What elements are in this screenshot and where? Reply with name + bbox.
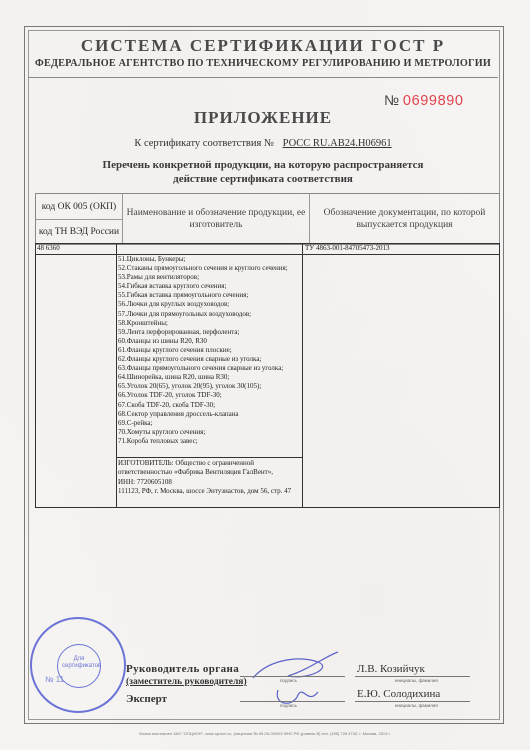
list-title: Перечень конкретной продукции, на котору…: [28, 158, 498, 186]
table-row-divider: [36, 244, 499, 255]
tu-document-cell: ТУ 4863-001-84705473-2013: [305, 244, 389, 252]
manufacturer-inn: ИНН: 7720605108: [118, 478, 300, 487]
head-name: Л.В. Козийчук: [357, 663, 425, 675]
header-okp-code: код ОК 005 (ОКП): [36, 194, 122, 220]
form-printer-footer: Бланк изготовлен ЗАО "ОПЦИОН", www.opcio…: [0, 731, 530, 736]
manufacturer-info: ИЗГОТОВИТЕЛЬ: Общество с ограниченной от…: [118, 459, 300, 496]
agency-subtitle: ФЕДЕРАЛЬНОЕ АГЕНТСТВО ПО ТЕХНИЧЕСКОМУ РЕ…: [28, 58, 498, 69]
column-divider: [302, 244, 303, 507]
product-item: 53.Рамы для вентиляторов;: [118, 273, 300, 282]
serial-number: № 0699890: [384, 92, 464, 109]
product-item: 55.Гибкая вставка прямоугольного сечения…: [118, 291, 300, 300]
expert-name: Е.Ю. Солодихина: [357, 688, 440, 700]
annex-title: ПРИЛОЖЕНИЕ: [28, 108, 498, 128]
stamp-number: № 11: [45, 675, 64, 684]
name-line-expert: [355, 701, 470, 702]
product-list: 51.Циклоны, Бункеры;52.Стаканы прямоугол…: [118, 255, 300, 446]
header-product-name: Наименование и обозначение продукции, ее…: [123, 194, 310, 244]
product-item: 64.Шинорейка, шина R20, шина R30;: [118, 373, 300, 382]
product-item: 57.Лючки для прямоугольных воздуховодов;: [118, 310, 300, 319]
product-table: 48 6360 ТУ 4863-001-84705473-2013 51.Цик…: [35, 243, 500, 508]
product-item: 51.Циклоны, Бункеры;: [118, 255, 300, 264]
signature-caption: подпись: [280, 678, 297, 683]
header-col-codes: код ОК 005 (ОКП) код ТН ВЭД России: [36, 194, 123, 244]
manufacturer-divider: [116, 457, 302, 458]
product-item: 52.Стаканы прямоугольного сечения и круг…: [118, 264, 300, 273]
product-item: 59.Лента перфорированная, перфолента;: [118, 328, 300, 337]
product-item: 68.Сектор управления дроссель-клапана: [118, 410, 300, 419]
name-line-head: [355, 676, 470, 677]
signature-caption: подпись: [280, 703, 297, 708]
serial-prefix: №: [384, 92, 399, 108]
deputy-label: (заместитель руководителя): [126, 677, 247, 687]
header-documentation: Обозначение документации, по которой вып…: [310, 194, 499, 244]
product-item: 63.Фланцы прямоугольного сечения сварные…: [118, 364, 300, 373]
name-caption: инициалы, фамилия: [395, 703, 438, 708]
product-item: 66.Уголок TDF-20, уголок TDF-30;: [118, 391, 300, 400]
table-header: код ОК 005 (ОКП) код ТН ВЭД России Наиме…: [35, 193, 500, 245]
stamp-center-text: Для сертификатов: [62, 656, 96, 670]
manufacturer-name: ИЗГОТОВИТЕЛЬ: Общество с ограниченной от…: [118, 459, 300, 478]
system-title: СИСТЕМА СЕРТИФИКАЦИИ ГОСТ Р: [28, 36, 498, 56]
column-divider: [116, 244, 117, 507]
certificate-reference: К сертификату соответствия № РОСС RU.АВ2…: [28, 138, 498, 149]
header-divider: [28, 77, 498, 78]
name-caption: инициалы, фамилия: [395, 678, 438, 683]
product-item: 54.Гибкая вставка круглого сечения;: [118, 282, 300, 291]
signature-line-expert: [240, 701, 345, 702]
certificate-number: РОСС RU.АВ24.Н06961: [283, 138, 392, 149]
signature-line-head: [240, 676, 345, 677]
serial-value: 0699890: [403, 93, 464, 109]
product-item: 56.Лючки для круглых воздуховодов;: [118, 300, 300, 309]
product-item: 60.Фланцы из шины R20, R30: [118, 337, 300, 346]
product-item: 71.Короба тепловых завес;: [118, 437, 300, 446]
product-item: 69.С-рейка;: [118, 419, 300, 428]
certificate-label: К сертификату соответствия №: [134, 138, 274, 149]
okp-code-cell: 48 6360: [37, 244, 60, 252]
product-item: 70.Хомуты круглого сечения;: [118, 428, 300, 437]
product-item: 67.Скоба TDF-20, скоба TDF-30;: [118, 401, 300, 410]
expert-label: Эксперт: [126, 693, 167, 705]
product-item: 65.Уголок 20(65), уголок 20(95), уголок …: [118, 382, 300, 391]
product-item: 58.Кронштейны;: [118, 319, 300, 328]
product-item: 61.Фланцы круглого сечения плоские;: [118, 346, 300, 355]
header-tnved-code: код ТН ВЭД России: [36, 220, 122, 244]
list-title-line2: действие сертификата соответствия: [28, 172, 498, 186]
head-of-body-label: Руководитель органа: [126, 663, 239, 675]
product-item: 62.Фланцы круглого сечения сварные из уг…: [118, 355, 300, 364]
list-title-line1: Перечень конкретной продукции, на котору…: [28, 158, 498, 172]
manufacturer-address: 111123, РФ, г. Москва, шоссе Энтузиастов…: [118, 487, 300, 496]
